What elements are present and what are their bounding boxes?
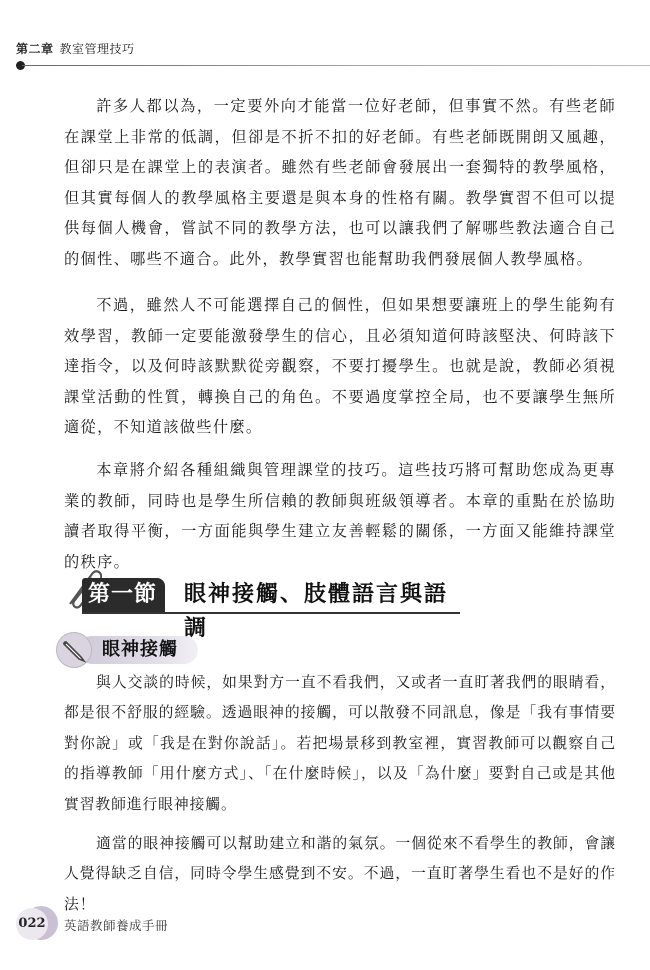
section-underline: [82, 612, 460, 614]
subsection-title: 眼神接觸: [102, 636, 178, 664]
section-heading: 第一節 眼神接觸、肢體語言與語調: [62, 566, 462, 612]
intro-paragraph-2: 不過，雖然人不可能選擇自己的個性，但如果想要讓班上的學生能夠有效學習，教師一定要…: [64, 290, 616, 443]
eye-contact-paragraph-2: 適當的眼神接觸可以幫助建立和諧的氣氛。一個從來不看學生的教師，會讓人覺得缺乏自信…: [64, 829, 616, 920]
book-title: 英語教師養成手冊: [64, 916, 168, 934]
running-header: 第二章教室管理技巧: [16, 40, 135, 57]
eye-contact-paragraph-1: 與人交談的時候，如果對方一直不看我們，又或者一直盯著我們的眼睛看，都是很不舒服的…: [64, 668, 616, 820]
header-divider: [22, 65, 650, 66]
chapter-title: 教室管理技巧: [60, 42, 135, 56]
section-number-label: 第一節: [82, 578, 165, 612]
page-number: 022: [16, 908, 48, 940]
page-number-badge: 022: [16, 906, 52, 942]
chapter-number: 第二章: [16, 42, 54, 56]
subsection-heading: 眼神接觸: [52, 632, 212, 668]
intro-paragraph-3: 本章將介紹各種組織與管理課堂的技巧。這些技巧將可幫助您成為更專業的教師，同時也是…: [64, 455, 616, 577]
pencil-icon: [56, 632, 92, 668]
intro-paragraph-1: 許多人都以為，一定要外向才能當一位好老師，但事實不然。有些老師在課堂上非常的低調…: [64, 91, 616, 275]
